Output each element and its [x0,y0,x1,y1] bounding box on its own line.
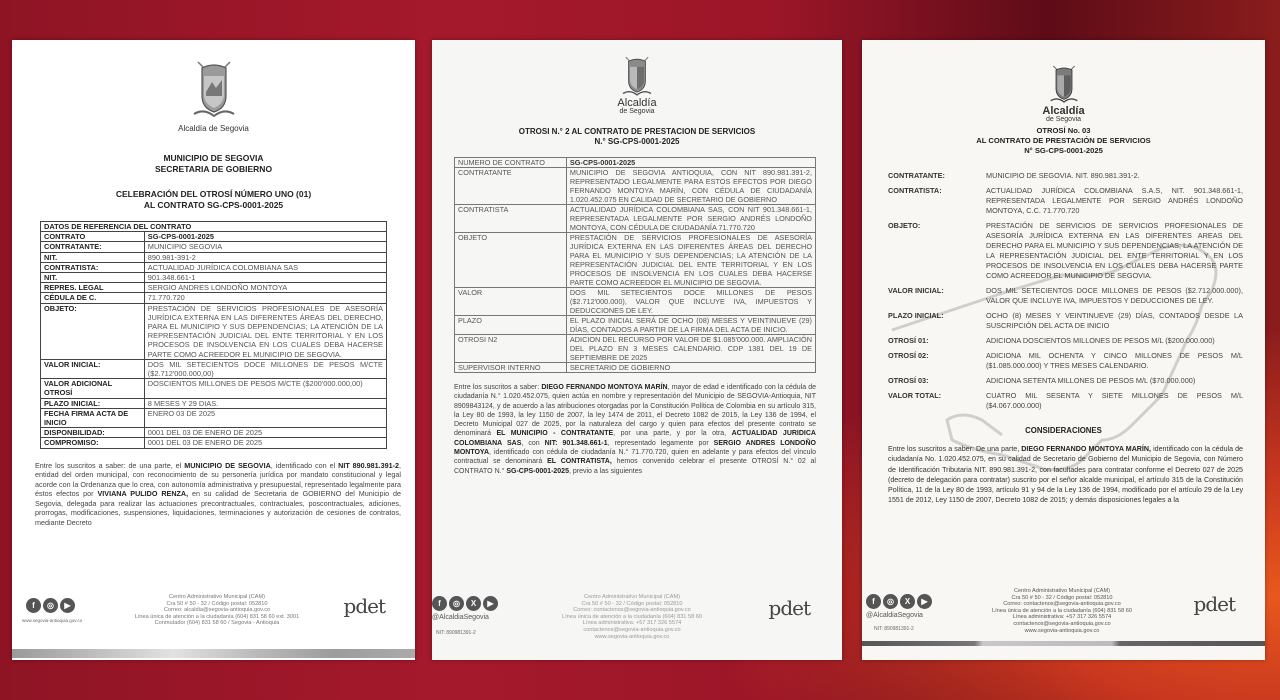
body-text: , previo a las siguientes [569,468,642,475]
table-row: CONTRATANTEMUNICIPIO DE SEGOVIA ANTIOQUI… [455,168,816,205]
title-line: CELEBRACIÓN DEL OTROSÍ NÚMERO UNO (01) [12,189,415,200]
emphasis-text: NIT: 901.348.661-1 [545,440,608,447]
page-footer: f ◎ X ▶ @AlcaldiaSegovia NIT: 890981391-… [432,594,842,660]
page-footer: f ◎ ▶ www.segovia-antioquia.gov.co Centr… [12,590,415,660]
table-row: PLAZOEL PLAZO INICIAL SERÁ DE OCHO (08) … [455,316,816,335]
row-label: NIT. [41,252,145,262]
summary-row: CONTRATISTA:ACTUALIDAD JURÍDICA COLOMBIA… [888,186,1243,216]
row-value: ACTUALIDAD JURÍDICA COLOMBIANA SAS, CON … [566,205,815,233]
table-row: OBJETOPRESTACIÓN DE SERVICIOS PROFESIONA… [455,233,816,288]
row-value: SERGIO ANDRES LONDOÑO MONTOYA [144,283,386,293]
footer-line: Correo: contactenos@segovia-antioquia.go… [532,607,732,614]
body-text: , identificado con el [271,461,338,470]
row-label: CÉDULA DE C. [41,293,145,303]
row-label: FECHA FIRMA ACTA DE INICIO [41,408,145,427]
row-value: ADICION DEL RECURSO POR VALOR DE $1.085'… [566,335,815,363]
crest-sublabel: de Segovia [862,116,1265,123]
x-icon[interactable]: X [466,596,481,611]
row-value: EL PLAZO INICIAL SERÁ DE OCHO (08) MESES… [566,316,815,335]
title-line: AL CONTRATO SG-CPS-0001-2025 [12,200,415,211]
emphasis-text: NIT 890.981.391-2 [338,461,399,470]
emphasis-text: DIEGO FERNANDO MONTOYA MARÍN [541,384,667,391]
pdet-logo: pdet [769,596,810,620]
footer-line: Línea única de atención a la ciudadanía … [962,608,1162,615]
row-label: CONTRATANTE: [888,171,986,181]
coat-of-arms-icon [184,56,244,126]
document-title: CELEBRACIÓN DEL OTROSÍ NÚMERO UNO (01) A… [12,189,415,211]
footer-strip [12,649,415,658]
table-row: VALOR ADICIONAL OTROSÍDOSCIENTOS MILLONE… [41,379,387,398]
social-icons: f ◎ X ▶ [866,594,932,609]
footer-line: Cra 50 # 50 - 32 / Código postal: 052810 [107,601,327,608]
emphasis-text: EL CONTRATISTA, [547,458,612,465]
table-header: DATOS DE REFERENCIA DEL CONTRATO [41,222,387,232]
document-otrosi-03: Alcaldía de Segovia OTROSÍ No. 03 AL CON… [862,40,1265,660]
summary-row: PLAZO INICIAL:OCHO (8) MESES Y VEINTINUE… [888,311,1243,331]
row-label: OBJETO: [41,303,145,359]
row-value: 0001 DEL 03 DE ENERO DE 2025 [144,428,386,438]
footer-line: Centro Administrativo Municipal (CAM) [107,594,327,601]
title-line: N.° SG-CPS-0001-2025 [432,137,842,147]
intro-paragraph: Entre los suscritos a saber: DIEGO FERNA… [454,383,816,476]
row-label: OBJETO [455,233,567,288]
summary-row: CONTRATANTE:MUNICIPIO DE SEGOVIA. NIT. 8… [888,171,1243,181]
summary-row: OTROSÍ 03:ADICIONA SETENTA MILLONES DE P… [888,376,1243,386]
row-value: PRESTACIÓN DE SERVICIOS PROFESIONALES DE… [566,233,815,288]
row-value: ACTUALIDAD JURÍDICA COLOMBIANA SAS [144,262,386,272]
footer-line: Correo: alcaldia@segovia-antioquia.gov.c… [107,607,327,614]
row-label: CONTRATANTE [455,168,567,205]
summary-row: OTROSÍ 02:ADICIONA MIL OCHENTA Y CINCO M… [888,351,1243,371]
contract-reference-table: DATOS DE REFERENCIA DEL CONTRATO CONTRAT… [40,221,387,449]
heading-line: SECRETARIA DE GOBIERNO [12,164,415,175]
pdet-logo: pdet [344,594,385,618]
row-label: CONTRATISTA: [888,186,986,216]
row-label: SUPERVISOR INTERNO [455,363,567,373]
footer-contact-info: Centro Administrativo Municipal (CAM)Cra… [107,594,327,627]
coat-of-arms-icon [616,54,658,98]
title-line: OTROSÍ No. 03 [862,126,1265,136]
summary-row: VALOR INICIAL:DOS MIL SETECIENTOS DOCE M… [888,286,1243,306]
body-text: , por una parte, y por la otra, [613,430,731,437]
social-icons: f ◎ X ▶ [432,596,498,611]
facebook-icon[interactable]: f [866,594,881,609]
row-label: DISPONBILIDAD: [41,428,145,438]
document-otrosi-01: Alcaldía de Segovia MUNICIPIO DE SEGOVIA… [12,40,415,660]
youtube-icon[interactable]: ▶ [483,596,498,611]
row-label: OBJETO: [888,221,986,281]
row-label: VALOR [455,288,567,316]
row-value: MUNICIPIO SEGOVIA [144,242,386,252]
row-label: PLAZO INICIAL: [888,311,986,331]
footer-line: contactenos@segovia-antioquia.gov.co [962,621,1162,628]
footer-line: Línea administrativa: +57 317 326 5574 [962,614,1162,621]
row-value: DOS MIL SETECIENTOS DOCE MILLONES DE PES… [566,288,815,316]
section-title: CONSIDERACIONES [862,425,1265,436]
crest-label: Alcaldía [862,106,1265,116]
footer-contact-info: Centro Administrativo Municipal (CAM)Cra… [532,594,732,640]
table-row: VALORDOS MIL SETECIENTOS DOCE MILLONES D… [455,288,816,316]
row-value: DOS MIL SETECIENTOS DOCE MILLONES DE PES… [986,286,1243,306]
row-value: PRESTACIÓN DE SERVICIOS DE SERVICIOS PRO… [986,221,1243,281]
footer-line: Centro Administrativo Municipal (CAM) [532,594,732,601]
table-row: CONTRATANTE:MUNICIPIO SEGOVIA [41,242,387,252]
row-label: NIT. [41,273,145,283]
row-label: OTROSÍ 03: [888,376,986,386]
row-label: VALOR ADICIONAL OTROSÍ [41,379,145,398]
x-icon[interactable]: X [900,594,915,609]
row-value: DOS MIL SETECIENTOS DOCE MILLONES DE PES… [144,359,386,378]
emphasis-text: SG-CPS-0001-2025 [506,468,569,475]
table-row: COMPROMISO:0001 DEL 03 DE ENERO DE 2025 [41,438,387,448]
table-row: CONTRATOSG-CPS-0001-2025 [41,232,387,242]
title-line: AL CONTRATO DE PRESTACIÓN DE SERVICIOS [862,136,1265,146]
footer-line: Correo: contactenos@segovia-antioquia.go… [962,601,1162,608]
row-value: DOSCIENTOS MILLONES DE PESOS M/CTE ($200… [144,379,386,398]
footer-line: www.segovia-antioquia.gov.co [962,628,1162,635]
crest-label: Alcaldía de Segovia [12,124,415,133]
contract-summary-list: CONTRATANTE:MUNICIPIO DE SEGOVIA. NIT. 8… [888,171,1243,411]
footer-line: Cra 50 # 50 - 32 / Código postal: 052810 [962,595,1162,602]
row-label: PLAZO [455,316,567,335]
row-label: OTROSÍ 02: [888,351,986,371]
youtube-icon[interactable]: ▶ [917,594,932,609]
row-value: ADICIONA DOSCIENTOS MILLONES DE PESOS M/… [986,336,1243,346]
row-value: SECRETARIO DE GOBIERNO [566,363,815,373]
document-otrosi-02: Alcaldía de Segovia OTROSI N.° 2 AL CONT… [432,40,842,660]
row-label: NUMERO DE CONTRATO [455,158,567,168]
row-label: REPRES. LEGAL [41,283,145,293]
row-value: SG-CPS-0001-2025 [566,158,815,168]
page-heading: MUNICIPIO DE SEGOVIA SECRETARIA DE GOBIE… [12,153,415,175]
body-text: Entre los suscritos a saber: de una part… [35,461,184,470]
instagram-icon[interactable]: ◎ [883,594,898,609]
website-link[interactable]: www.segovia-antioquia.gov.co [22,618,82,623]
emphasis-text: MUNICIPIO DE SEGOVIA [184,461,271,470]
facebook-icon[interactable]: f [432,596,447,611]
row-label: PLAZO INICIAL: [41,398,145,408]
row-label: CONTRATO [41,232,145,242]
summary-row: VALOR TOTAL:CUATRO MIL SESENTA Y SIETE M… [888,391,1243,411]
row-label: CONTRATISTA [455,205,567,233]
instagram-icon[interactable]: ◎ [449,596,464,611]
contract-reference-table: NUMERO DE CONTRATOSG-CPS-0001-2025CONTRA… [454,157,816,373]
footer-line: contactenos@segovia-antioquia.gov.co [532,627,732,634]
row-label: OTROSÍ 01: [888,336,986,346]
footer-line: www.segovia-antioquia.gov.co [532,634,732,641]
row-value: OCHO (8) MESES Y VEINTINUEVE (29) DÍAS, … [986,311,1243,331]
footer-line: Línea única de atención a la ciudadanía … [532,614,732,621]
table-row: NUMERO DE CONTRATOSG-CPS-0001-2025 [455,158,816,168]
row-label: VALOR INICIAL: [41,359,145,378]
document-title: OTROSÍ No. 03 AL CONTRATO DE PRESTACIÓN … [862,126,1265,156]
row-label: CONTRATISTA: [41,262,145,272]
row-value: 0001 DEL 03 DE ENERO DE 2025 [144,438,386,448]
table-row: NIT.901.348.661-1 [41,273,387,283]
row-value: 71.770.720 [144,293,386,303]
summary-row: OBJETO:PRESTACIÓN DE SERVICIOS DE SERVIC… [888,221,1243,281]
footer-line: Línea administrativa: +57 317 326 5574 [532,620,732,627]
row-label: VALOR TOTAL: [888,391,986,411]
row-value: PRESTACIÓN DE SERVICIOS PROFESIONALES DE… [144,303,386,359]
row-label: VALOR INICIAL: [888,286,986,306]
row-value: ENERO 03 DE 2025 [144,408,386,427]
footer-line: Centro Administrativo Municipal (CAM) [962,588,1162,595]
intro-paragraph: Entre los suscritos a saber: De una part… [888,444,1243,506]
coat-of-arms-icon [1044,62,1084,106]
facebook-icon[interactable]: f [26,598,41,613]
row-value: ACTUALIDAD JURÍDICA COLOMBIANA S.A.S, NI… [986,186,1243,216]
row-value: 890.981-391-2 [144,252,386,262]
row-value: 8 MESES Y 29 DIAS. [144,398,386,408]
table-row: SUPERVISOR INTERNOSECRETARIO DE GOBIERNO [455,363,816,373]
table-row: CONTRATISTA:ACTUALIDAD JURÍDICA COLOMBIA… [41,262,387,272]
row-label: CONTRATANTE: [41,242,145,252]
footer-contact-info: Centro Administrativo Municipal (CAM)Cra… [962,588,1162,634]
row-value: SG-CPS-0001-2025 [144,232,386,242]
page-footer: f ◎ X ▶ @AlcaldiaSegovia NIT: 890981391-… [862,588,1265,660]
summary-row: OTROSÍ 01:ADICIONA DOSCIENTOS MILLONES D… [888,336,1243,346]
body-text: , con [521,440,544,447]
table-row: CÉDULA DE C.71.770.720 [41,293,387,303]
table-row: NIT.890.981-391-2 [41,252,387,262]
body-text: Entre los suscritos a saber: [454,384,541,391]
table-row: DISPONBILIDAD:0001 DEL 03 DE ENERO DE 20… [41,428,387,438]
nit-label: NIT: 890981391-2 [436,630,476,636]
row-value: MUNICIPIO DE SEGOVIA ANTIOQUIA, CON NIT … [566,168,815,205]
document-title: OTROSI N.° 2 AL CONTRATO DE PRESTACION D… [432,127,842,147]
youtube-icon[interactable]: ▶ [60,598,75,613]
row-value: ADICIONA MIL OCHENTA Y CINCO MILLONES DE… [986,351,1243,371]
table-row: FECHA FIRMA ACTA DE INICIOENERO 03 DE 20… [41,408,387,427]
crest-label: Alcaldía [432,98,842,108]
row-value: ADICIONA SETENTA MILLONES DE PESOS M/L (… [986,376,1243,386]
table-row: CONTRATISTAACTUALIDAD JURÍDICA COLOMBIAN… [455,205,816,233]
social-icons: f ◎ ▶ [26,598,75,613]
crest-sublabel: de Segovia [432,108,842,115]
body-text: identificado con la cédula de ciudadanía… [888,445,1243,504]
instagram-icon[interactable]: ◎ [43,598,58,613]
footer-line: Conmutador (604) 831 58 60 / Segovia - A… [107,620,327,627]
pdet-logo: pdet [1194,592,1235,616]
footer-strip [862,641,1265,646]
emphasis-text: DIEGO FERNANDO MONTOYA MARÍN, [1021,445,1151,453]
footer-line: Cra 50 # 50 - 32 / Código postal: 052810 [532,601,732,608]
title-line: OTROSI N.° 2 AL CONTRATO DE PRESTACION D… [432,127,842,137]
title-line: N° SG-CPS-0001-2025 [862,146,1265,156]
table-row: VALOR INICIAL:DOS MIL SETECIENTOS DOCE M… [41,359,387,378]
footer-line: Línea única de atención a la ciudadanía … [107,614,327,621]
nit-label: NIT: 890981391-2 [874,626,914,632]
heading-line: MUNICIPIO DE SEGOVIA [12,153,415,164]
social-handle[interactable]: @AlcaldiaSegovia [866,612,923,619]
emphasis-text: VIVIANA PULIDO RENZA, [97,489,188,498]
intro-paragraph: Entre los suscritos a saber: de una part… [35,461,401,528]
table-row: REPRES. LEGALSERGIO ANDRES LONDOÑO MONTO… [41,283,387,293]
social-handle[interactable]: @AlcaldiaSegovia [432,614,489,621]
row-value: CUATRO MIL SESENTA Y SIETE MILLONES DE P… [986,391,1243,411]
row-value: 901.348.661-1 [144,273,386,283]
body-text: , representado legamente por [608,440,714,447]
row-value: MUNICIPIO DE SEGOVIA. NIT. 890.981.391-2… [986,171,1243,181]
row-label: OTROSI N2 [455,335,567,363]
row-label: COMPROMISO: [41,438,145,448]
table-row: PLAZO INICIAL:8 MESES Y 29 DIAS. [41,398,387,408]
table-row: OBJETO:PRESTACIÓN DE SERVICIOS PROFESION… [41,303,387,359]
emphasis-text: EL MUNICIPIO - CONTRATANTE [496,430,613,437]
body-text: Entre los suscritos a saber: De una part… [888,445,1021,453]
table-row: OTROSI N2ADICION DEL RECURSO POR VALOR D… [455,335,816,363]
